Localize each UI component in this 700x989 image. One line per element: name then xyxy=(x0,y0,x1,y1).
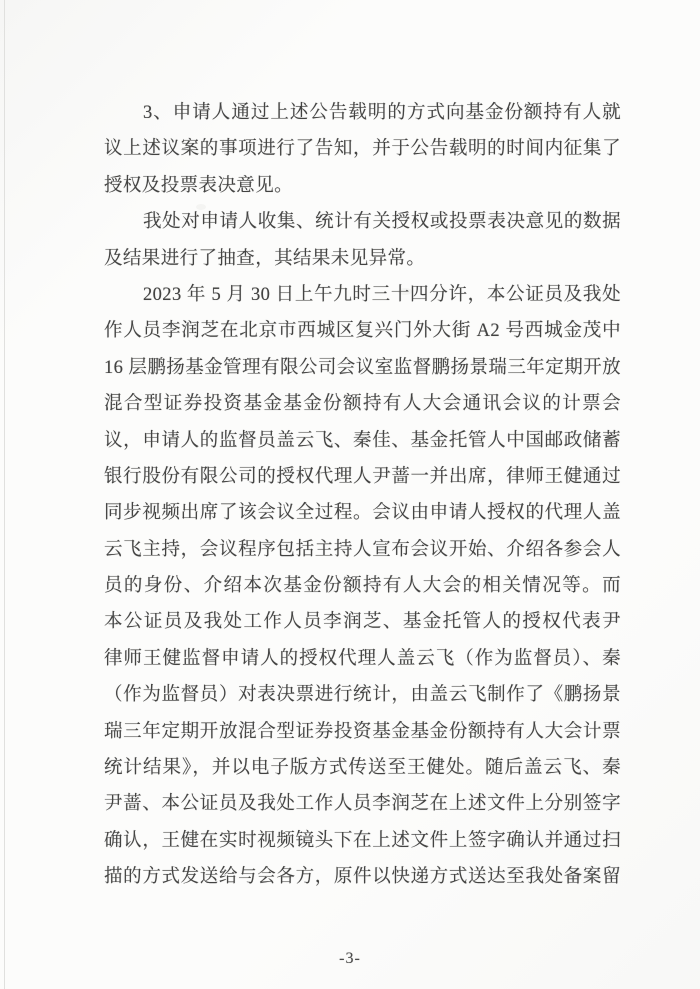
document-line-8: 16 层鹏扬基金管理有限公司会议室监督鹏扬景瑞三年定期开放 xyxy=(104,350,621,386)
scanned-document-page: { "page": { "background_color": "#fcfcfb… xyxy=(0,0,700,989)
document-line-20: 尹蔷、本公证员及我处工作人员李润芝在上述文件上分别签字 xyxy=(104,786,621,822)
document-line-11: 银行股份有限公司的授权代理人尹蔷一并出席，律师王健通过 xyxy=(104,459,621,495)
document-line-22: 描的方式发送给与会各方，原件以快递方式送达至我处备案留 xyxy=(104,859,621,895)
document-line-21: 确认，王健在实时视频镜头下在上述文件上签字确认并通过扫 xyxy=(104,823,621,859)
scan-edge-artifact xyxy=(4,0,5,989)
page-number: -3- xyxy=(0,944,700,974)
document-line-12: 同步视频出席了该会议全过程。会议由申请人授权的代理人盖 xyxy=(104,495,621,531)
document-line-7: 作人员李润芝在北京市西城区复兴门外大街 A2 号西城金茂中心 xyxy=(104,313,621,349)
document-line-5: 及结果进行了抽查，其结果未见异常。 xyxy=(104,241,621,277)
document-line-13: 云飞主持，会议程序包括主持人宣布会议开始、介绍各参会人 xyxy=(104,532,621,568)
document-line-16: 律师王健监督申请人的授权代理人盖云飞（作为监督员）、秦佳 xyxy=(104,641,621,677)
document-body: 3、申请人通过上述公告载明的方式向基金份额持有人就审 议上述议案的事项进行了告知… xyxy=(104,95,621,896)
document-line-19: 统计结果》，并以电子版方式传送至王健处。随后盖云飞、秦佳、 xyxy=(104,750,621,786)
document-line-2: 议上述议案的事项进行了告知，并于公告载明的时间内征集了 xyxy=(104,131,621,167)
document-line-15: 本公证员及我处工作人员李润芝、基金托管人的授权代表尹蔷、 xyxy=(104,604,621,640)
document-line-17: （作为监督员）对表决票进行统计，由盖云飞制作了《鹏扬景 xyxy=(104,677,621,713)
document-line-4: 我处对申请人收集、统计有关授权或投票表决意见的数据 xyxy=(104,204,621,240)
document-line-6: 2023 年 5 月 30 日上午九时三十四分许，本公证员及我处工 xyxy=(104,277,621,313)
document-line-18: 瑞三年定期开放混合型证券投资基金基金份额持有人大会计票 xyxy=(104,714,621,750)
document-line-1: 3、申请人通过上述公告载明的方式向基金份额持有人就审 xyxy=(104,95,621,131)
document-line-3: 授权及投票表决意见。 xyxy=(104,168,621,204)
document-line-14: 员的身份、介绍本次基金份额持有人大会的相关情况等。而后， xyxy=(104,568,621,604)
document-line-10: 议，申请人的监督员盖云飞、秦佳、基金托管人中国邮政储蓄 xyxy=(104,423,621,459)
document-line-9: 混合型证券投资基金基金份额持有人大会通讯会议的计票会 xyxy=(104,386,621,422)
